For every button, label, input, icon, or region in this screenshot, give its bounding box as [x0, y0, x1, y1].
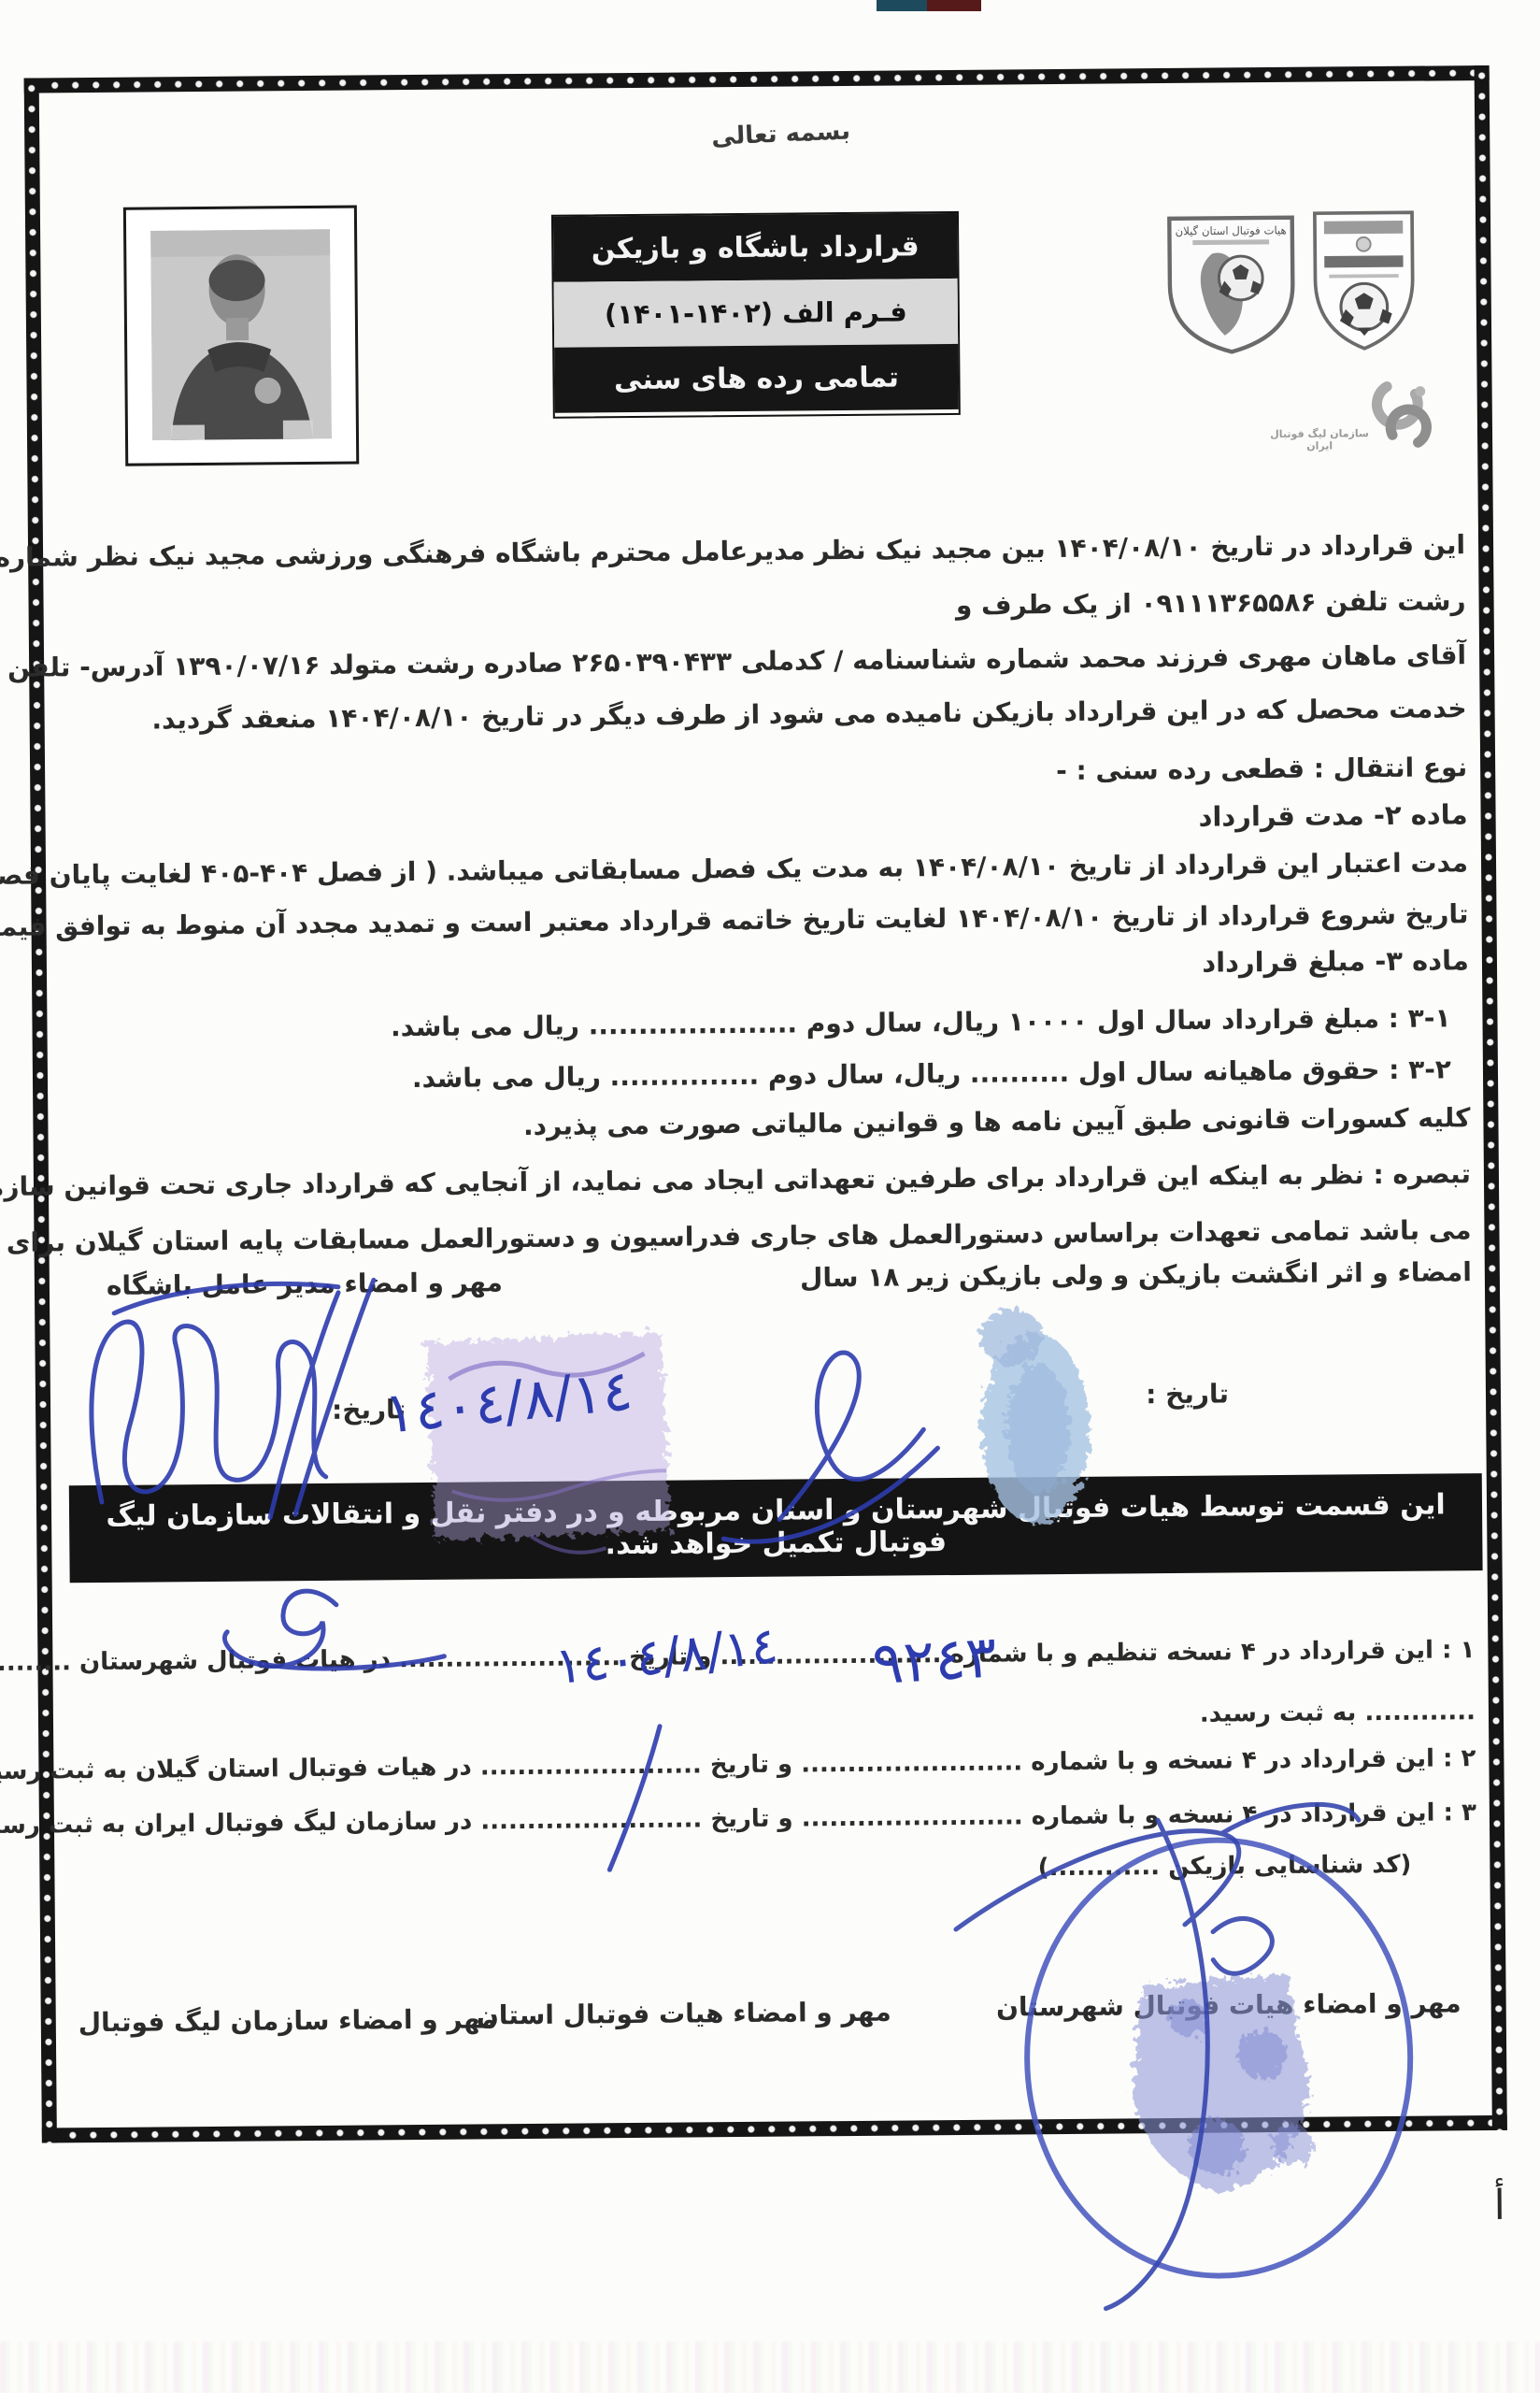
contract-article3-header: ماده ۳- مبلغ قرارداد	[1202, 944, 1469, 978]
document-content: بسمه تعالی قرارداد باشگاه و بازیکن فـرم …	[0, 0, 1540, 2393]
player-signature-header: امضاء و اثر انگشت بازیکن و ولی بازیکن زی…	[800, 1256, 1472, 1293]
contract-line-12: کلیه کسورات قانونی طبق آیین نامه ها و قو…	[523, 1102, 1471, 1141]
form-title-line2: فـرم الف (۱۴۰۲-۱۴۰۱)	[554, 279, 959, 348]
contract-line-2: رشت تلفن ۰۹۱۱۱۳۶۵۵۸۶ از یک طرف و	[956, 585, 1466, 621]
contract-note-line-1: تبصره : نظر به اینکه این قرارداد برای طر…	[0, 1158, 1471, 1205]
scanned-contract-page: بسمه تعالی قرارداد باشگاه و بازیکن فـرم …	[0, 0, 1540, 2393]
handwritten-registration-date: ١٤٠٤/٨/١٤	[552, 1615, 780, 1696]
contract-line-4: خدمت محصل که در این قرارداد بازیکن نامید…	[151, 693, 1466, 735]
contract-line-7: مدت اعتبار این قرارداد از تاریخ ۱۴۰۴/۰۸/…	[0, 847, 1468, 892]
form-title-line1: قرارداد باشگاه و بازیکن	[553, 213, 958, 282]
contract-line-1: این قرارداد در تاریخ ۱۴۰۴/۰۸/۱۰ بین مجید…	[0, 529, 1465, 575]
league-stamp-label: مهر و امضاء سازمان لیگ فوتبال	[78, 2003, 497, 2038]
frame-bottom	[42, 2115, 1507, 2143]
contract-line-8: تاریخ شروع قرارداد از تاریخ ۱۴۰۴/۰۸/۱۰ ل…	[0, 898, 1469, 944]
contract-note-line-2: می باشد تمامی تعهدات براساس دستورالعمل ه…	[0, 1214, 1472, 1260]
county-stamp-label: مهر و امضاء هیات فوتبال شهرستان	[996, 1987, 1462, 2022]
form-title-box: قرارداد باشگاه و بازیکن فـرم الف (۱۴۰۲-۱…	[551, 211, 961, 419]
corner-pen-mark: أ	[1493, 2182, 1505, 2229]
registration-item-2: ۲ : این قرارداد در ۴ نسخه و با شماره ...…	[0, 1744, 1476, 1785]
transfer-office-banner: این قسمت توسط هیات فوتبال شهرستان و استا…	[69, 1473, 1483, 1583]
contract-article2-header: ماده ۲- مدت قرارداد	[1198, 798, 1467, 833]
contract-line-10: ۳-۱ : مبلغ قرارداد سال اول ۱۰۰۰۰ ریال، س…	[391, 1002, 1451, 1042]
contract-line-11: ۳-۲ : حقوق ماهیانه سال اول .......... ری…	[412, 1053, 1451, 1094]
contract-line-3: آقای ماهان مهری فرزند محمد شماره شناسنام…	[0, 639, 1466, 685]
frame-top	[24, 65, 1490, 93]
gilan-fa-logo: هیات فوتبال استان گیلان	[1162, 209, 1300, 362]
scanner-noise-strip	[0, 2342, 1540, 2393]
frame-right	[1475, 65, 1507, 2130]
form-title-line3: تمامی رده های سنی	[554, 344, 959, 413]
player-photo	[123, 206, 359, 466]
date-label-right: تاریخ :	[1146, 1378, 1229, 1410]
contract-line-5: نوع انتقال : قطعی رده سنی : -	[1056, 752, 1467, 786]
player-code-line: (کد شناسایی بازیکن ............)	[1038, 1851, 1412, 1882]
registration-item-3: ۳ : این قرارداد در ۴ نسخه و با شماره ...…	[0, 1798, 1476, 1841]
league-org-caption: سازمان لیگ فوتبال ایران	[1263, 427, 1376, 452]
gilan-fa-logo-label: هیات فوتبال استان گیلان	[1176, 223, 1287, 238]
federation-logo	[1305, 206, 1422, 364]
club-signature-header: مهر و امضاء مدیر عامل باشگاه	[107, 1267, 503, 1301]
handwritten-registration-number: ٩٢٤٣	[870, 1622, 998, 1698]
province-stamp-label: مهر و امضاء هیات فوتبال استان	[477, 1997, 891, 2031]
player-photo-image	[150, 229, 332, 441]
bismillah-text: بسمه تعالی	[711, 117, 851, 150]
handwritten-date-club: ١٤٠٤/٨/١٤	[381, 1358, 635, 1447]
registration-item-1-cont: ............ به ثبت رسید.	[1200, 1698, 1476, 1728]
